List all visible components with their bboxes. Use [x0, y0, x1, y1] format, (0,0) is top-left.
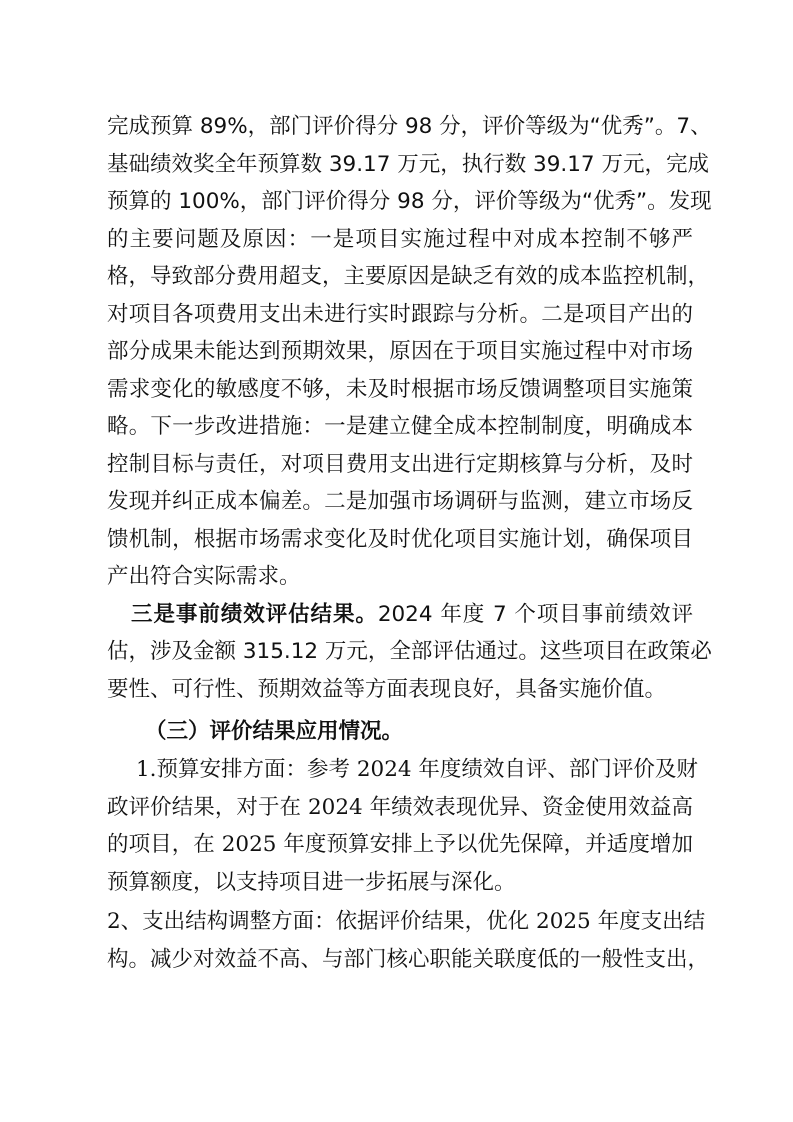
item2-line: 构。减少对效益不高、与部门核心职能关联度低的一般性支出，: [107, 945, 693, 975]
pre-assessment-text: 2024 年度 7 个项目事前绩效评: [378, 602, 693, 627]
item1-line: 预算额度，以支持项目进一步拓展与深化。: [107, 868, 693, 898]
body-line: 控制目标与责任，对项目费用支出进行定期核算与分析，及时: [107, 450, 693, 480]
item1-line: 政评价结果，对于在 2024 年绩效表现优异、资金使用效益高: [107, 793, 693, 823]
body-line: 预算的 100%，部门评价得分 98 分，评价等级为“优秀”。发现: [107, 187, 693, 217]
body-line: 估，涉及金额 315.12 万元，全部评估通过。这些项目在政策必: [107, 637, 693, 667]
section-heading: （三）评价结果应用情况。: [145, 717, 693, 747]
body-line: 略。下一步改进措施：一是建立健全成本控制制度，明确成本: [107, 412, 693, 442]
body-line: 完成预算 89%，部门评价得分 98 分，评价等级为“优秀”。7、: [107, 112, 693, 142]
document-page: 完成预算 89%，部门评价得分 98 分，评价等级为“优秀”。7、 基础绩效奖全…: [0, 0, 793, 1122]
item2-line: 2、支出结构调整方面：依据评价结果，优化 2025 年度支出结: [107, 907, 693, 937]
body-line: 要性、可行性、预期效益等方面表现良好，具备实施价值。: [107, 675, 693, 705]
item1-line: 的项目，在 2025 年度预算安排上予以优先保障，并适度增加: [107, 830, 693, 860]
item1-line: 1.预算安排方面：参考 2024 年度绩效自评、部门评价及财: [136, 755, 693, 785]
body-line: 格，导致部分费用超支，主要原因是缺乏有效的成本监控机制，: [107, 262, 693, 292]
body-line: 的主要问题及原因：一是项目实施过程中对成本控制不够严: [107, 225, 693, 255]
body-line: 部分成果未能达到预期效果，原因在于项目实施过程中对市场: [107, 337, 693, 367]
body-line: 需求变化的敏感度不够，未及时根据市场反馈调整项目实施策: [107, 375, 693, 405]
pre-assessment-first-line: 三是事前绩效评估结果。2024 年度 7 个项目事前绩效评: [131, 600, 693, 630]
body-line: 产出符合实际需求。: [107, 562, 693, 592]
body-line: 基础绩效奖全年预算数 39.17 万元，执行数 39.17 万元，完成: [107, 150, 693, 180]
body-line: 馈机制，根据市场需求变化及时优化项目实施计划，确保项目: [107, 525, 693, 555]
body-line: 发现并纠正成本偏差。二是加强市场调研与监测，建立市场反: [107, 487, 693, 517]
body-line: 对项目各项费用支出未进行实时跟踪与分析。二是项目产出的: [107, 300, 693, 330]
pre-assessment-heading: 三是事前绩效评估结果。: [131, 602, 378, 627]
